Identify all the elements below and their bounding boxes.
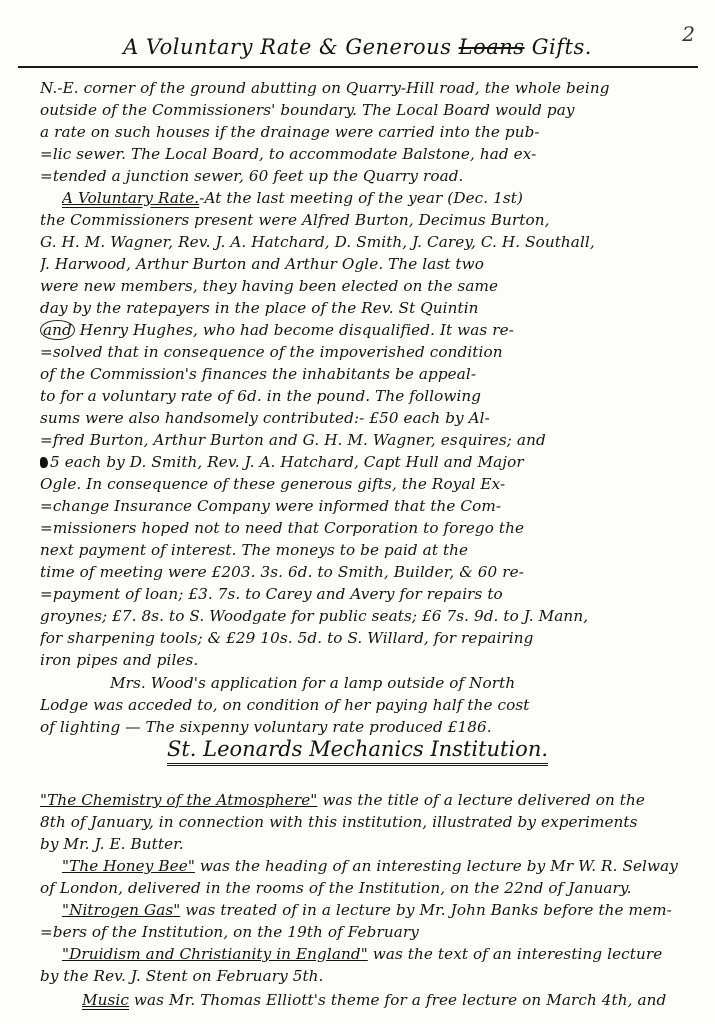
text-line: of lighting — The sixpenny voluntary rat… bbox=[40, 717, 700, 737]
text-line: for sharpening tools; & £29 10s. 5d. to … bbox=[40, 628, 700, 648]
text-line: J. Harwood, Arthur Burton and Arthur Ogl… bbox=[40, 254, 700, 274]
text-line: Mrs. Wood's application for a lamp outsi… bbox=[110, 673, 705, 693]
text-line: Ogle. In consequence of these generous g… bbox=[40, 474, 700, 494]
lecture-title: "The Honey Bee" bbox=[62, 857, 195, 875]
text-line: =missioners hoped not to need that Corpo… bbox=[40, 518, 700, 538]
text-line: =solved that in consequence of the impov… bbox=[40, 342, 700, 362]
text-line: and Henry Hughes, who had become disqual… bbox=[40, 320, 700, 340]
text-line: 8th of January, in connection with this … bbox=[40, 812, 700, 832]
text-line: of London, delivered in the rooms of the… bbox=[40, 878, 700, 898]
text-line: =payment of loan; £3. 7s. to Carey and A… bbox=[40, 584, 700, 604]
text-line: groynes; £7. 8s. to S. Woodgate for publ… bbox=[40, 606, 700, 626]
text-line: day by the ratepayers in the place of th… bbox=[40, 298, 700, 318]
title-text-before: A Voluntary Rate & Generous bbox=[123, 35, 459, 59]
subheading-voluntary-rate: A Voluntary Rate. bbox=[62, 189, 199, 207]
text-line: iron pipes and piles. bbox=[40, 650, 700, 670]
lecture-title: "Druidism and Christianity in England" bbox=[62, 945, 368, 963]
text-line: of the Commission's finances the inhabit… bbox=[40, 364, 700, 384]
text-line: =bers of the Institution, on the 19th of… bbox=[40, 922, 700, 942]
lecture-title: Music bbox=[82, 991, 129, 1009]
lecture-title: "The Chemistry of the Atmosphere" bbox=[40, 791, 317, 809]
text-line: to for a voluntary rate of 6d. in the po… bbox=[40, 386, 700, 406]
title-struck-word: Loans bbox=[459, 35, 525, 59]
text-line: =change Insurance Company were informed … bbox=[40, 496, 700, 516]
text-line: N.-E. corner of the ground abutting on Q… bbox=[40, 78, 700, 98]
text-line: next payment of interest. The moneys to … bbox=[40, 540, 700, 560]
text-line: =tended a junction sewer, 60 feet up the… bbox=[40, 166, 700, 186]
text-line: A Voluntary Rate.-At the last meeting of… bbox=[62, 188, 702, 208]
text-line: Lodge was acceded to, on condition of he… bbox=[40, 695, 700, 715]
title-rule bbox=[18, 66, 698, 68]
text-line: =lic sewer. The Local Board, to accommod… bbox=[40, 144, 700, 164]
title-text-after: Gifts. bbox=[525, 35, 592, 59]
lecture-entry: Music was Mr. Thomas Elliott's theme for… bbox=[82, 990, 707, 1010]
manuscript-page: 2 A Voluntary Rate & Generous Loans Gift… bbox=[0, 0, 715, 1024]
text-line: time of meeting were £203. 3s. 6d. to Sm… bbox=[40, 562, 700, 582]
lecture-entry: "Druidism and Christianity in England" w… bbox=[62, 944, 702, 964]
text-line: outside of the Commissioners' boundary. … bbox=[40, 100, 700, 120]
lecture-entry: "The Honey Bee" was the heading of an in… bbox=[62, 856, 702, 876]
section-heading: St. Leonards Mechanics Institution. bbox=[0, 737, 715, 761]
circled-word: and bbox=[40, 320, 75, 340]
text-line: G. H. M. Wagner, Rev. J. A. Hatchard, D.… bbox=[40, 232, 700, 252]
text-line: by the Rev. J. Stent on February 5th. bbox=[40, 966, 700, 986]
text-line: =fred Burton, Arthur Burton and G. H. M.… bbox=[40, 430, 700, 450]
ink-blot-icon bbox=[40, 457, 48, 468]
text-line: were new members, they having been elect… bbox=[40, 276, 700, 296]
lecture-title: "Nitrogen Gas" bbox=[62, 901, 180, 919]
text-line: sums were also handsomely contributed:- … bbox=[40, 408, 700, 428]
lecture-entry: "The Chemistry of the Atmosphere" was th… bbox=[40, 790, 700, 810]
text-line: the Commissioners present were Alfred Bu… bbox=[40, 210, 700, 230]
text-line: 5 each by D. Smith, Rev. J. A. Hatchard,… bbox=[40, 452, 700, 472]
page-title: A Voluntary Rate & Generous Loans Gifts. bbox=[0, 35, 715, 59]
lecture-entry: "Nitrogen Gas" was treated of in a lectu… bbox=[62, 900, 702, 920]
text-line: by Mr. J. E. Butter. bbox=[40, 834, 700, 854]
text-line: a rate on such houses if the drainage we… bbox=[40, 122, 700, 142]
